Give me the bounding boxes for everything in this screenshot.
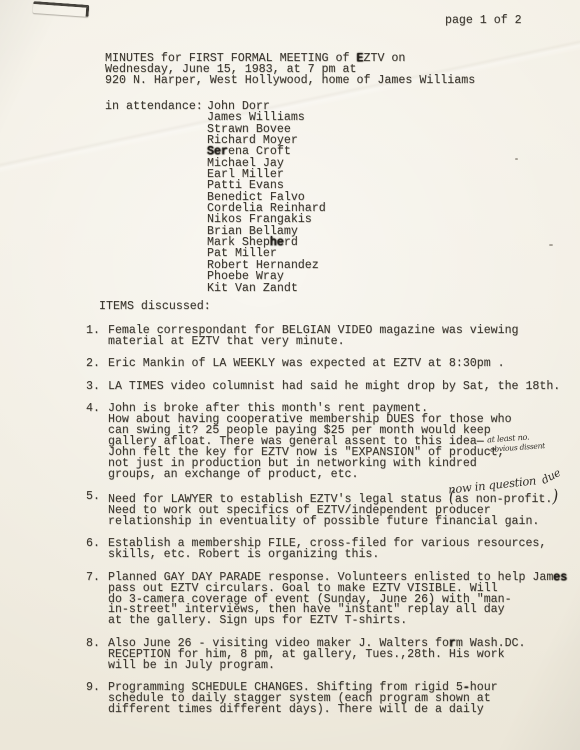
meeting-item: 5.Need for LAWYER to establish EZTV's le… bbox=[86, 492, 580, 528]
text-segment: different times different days). There w… bbox=[108, 703, 484, 716]
attendance-label: in attendance: bbox=[105, 101, 203, 112]
title-line: 920 N. Harper, West Hollywood, home of J… bbox=[105, 75, 475, 86]
text-segment: ZTV on bbox=[363, 52, 405, 65]
items-heading: ITEMS discussed: bbox=[99, 301, 211, 312]
text-segment: Kit Van Zandt bbox=[207, 282, 298, 295]
text-segment: LA TIMES video columnist had said he mig… bbox=[108, 380, 560, 393]
meeting-item: 8.Also June 26 - visiting video maker J.… bbox=[86, 639, 580, 672]
scan-speck bbox=[549, 244, 553, 246]
text-segment: relationship in eventuality of possible … bbox=[108, 515, 539, 528]
item-number: 7. bbox=[86, 573, 100, 584]
text-segment: skills, etc. Robert is organizing this. bbox=[108, 548, 379, 561]
item-number: 2. bbox=[86, 359, 100, 370]
item-line: will be in July program. bbox=[108, 661, 580, 672]
attendance-list: John DorrJames WilliamsStrawn BoveeRicha… bbox=[207, 101, 326, 294]
item-number: 1. bbox=[86, 326, 100, 337]
items-list: 1.Female correspondant for BELGIAN VIDEO… bbox=[86, 326, 580, 727]
attendee-name: Kit Van Zandt bbox=[207, 283, 326, 294]
item-number: 3. bbox=[86, 382, 100, 393]
meeting-item: 3.LA TIMES video columnist had said he m… bbox=[86, 382, 580, 393]
item-line: material at EZTV that very minute. bbox=[108, 337, 580, 348]
item-number: 8. bbox=[86, 639, 100, 650]
text-segment: material at EZTV that very minute. bbox=[108, 335, 345, 348]
text-segment: ) bbox=[552, 490, 558, 503]
text-segment: es bbox=[553, 571, 567, 584]
item-line: skills, etc. Robert is organizing this. bbox=[108, 550, 580, 561]
meeting-item: 1.Female correspondant for BELGIAN VIDEO… bbox=[86, 326, 580, 348]
meeting-item: 7.Planned GAY DAY PARADE response. Volun… bbox=[86, 573, 580, 628]
text-segment: groups, an exchange of product, etc. bbox=[108, 468, 358, 481]
item-number: 9. bbox=[86, 683, 100, 694]
item-line: relationship in eventuality of possible … bbox=[108, 517, 580, 528]
item-number: 5. bbox=[86, 492, 100, 503]
page-indicator: page 1 of 2 bbox=[445, 15, 522, 26]
text-segment: Eric Mankin of LA WEEKLY was expected at… bbox=[108, 357, 505, 370]
item-number: 6. bbox=[86, 539, 100, 550]
document-title: MINUTES for FIRST FORMAL MEETING of EZTV… bbox=[105, 53, 475, 87]
text-segment: 920 N. Harper, West Hollywood, home of J… bbox=[105, 74, 475, 87]
text-segment: at the gallery. Sign ups for EZTV T-shir… bbox=[108, 614, 407, 627]
meeting-item: 2.Eric Mankin of LA WEEKLY was expected … bbox=[86, 359, 580, 370]
item-number: 4. bbox=[86, 404, 100, 415]
text-segment: will be in July program. bbox=[108, 659, 275, 672]
scan-speck bbox=[515, 158, 518, 160]
meeting-item: 9.Programming SCHEDULE CHANGES. Shifting… bbox=[86, 683, 580, 716]
meeting-item: 6.Establish a membership FILE, cross-fil… bbox=[86, 539, 580, 561]
item-line: different times different days). There w… bbox=[108, 705, 580, 716]
item-line: Eric Mankin of LA WEEKLY was expected at… bbox=[108, 359, 580, 370]
item-line: at the gallery. Sign ups for EZTV T-shir… bbox=[108, 616, 580, 627]
item-line: LA TIMES video columnist had said he mig… bbox=[108, 382, 580, 393]
text-segment: rd bbox=[284, 236, 298, 249]
